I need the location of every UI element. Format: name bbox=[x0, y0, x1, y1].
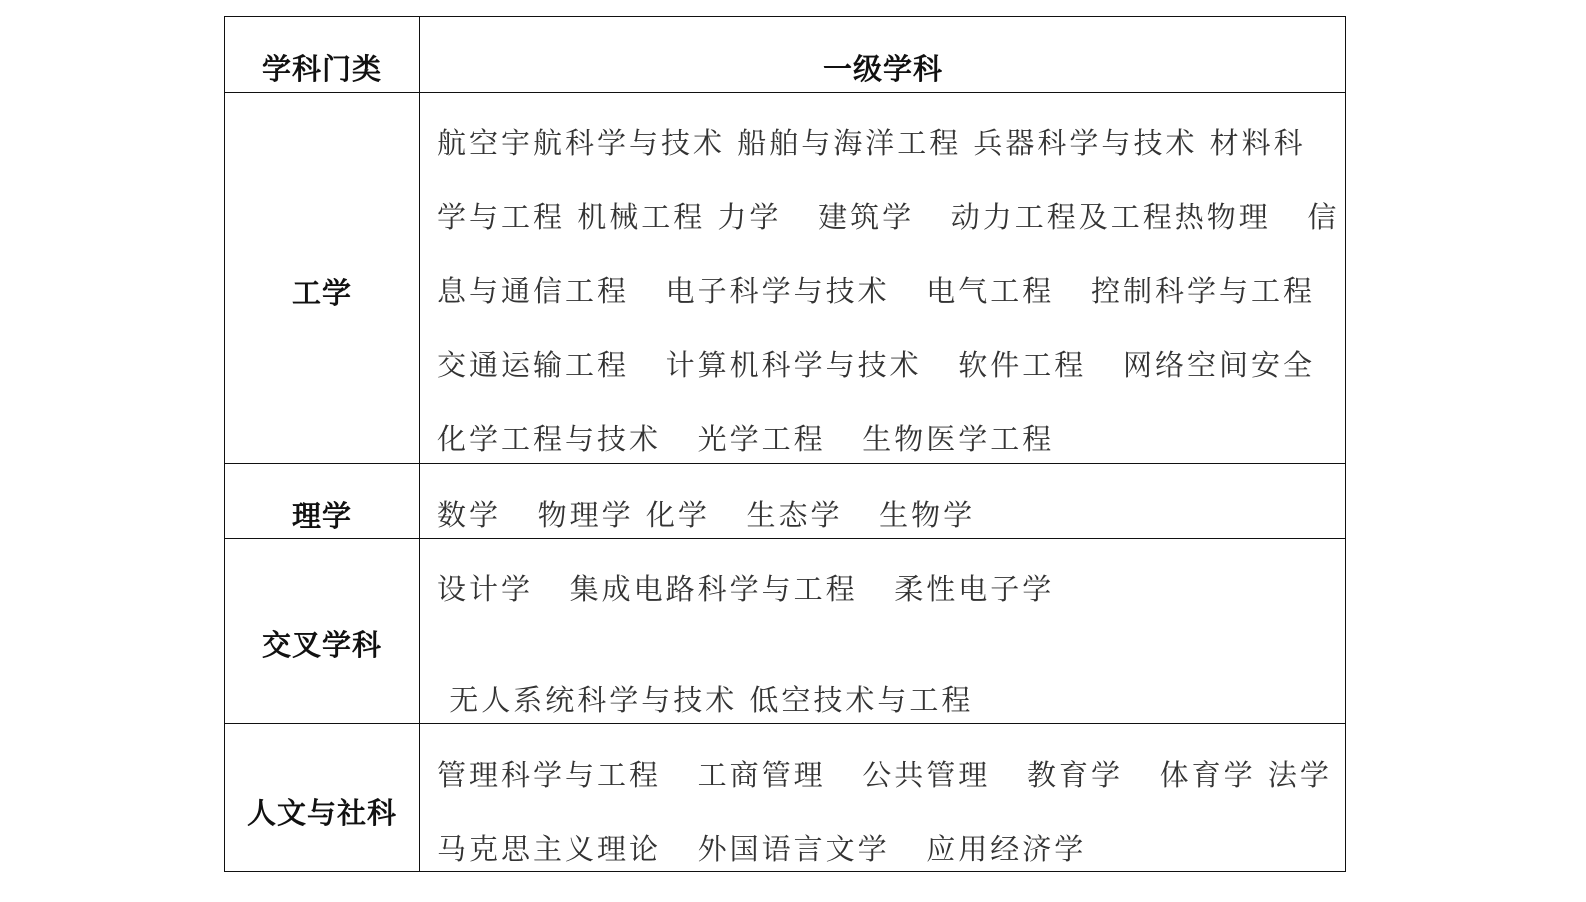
discipline-line: 无人系统科学与技术 低空技术与工程 bbox=[437, 678, 973, 719]
column-divider bbox=[419, 17, 420, 871]
discipline-line: 设计学 集成电路科学与工程 柔性电子学 bbox=[437, 567, 1054, 608]
discipline-table: 学科门类 一级学科 工学 航空宇航科学与技术 船舶与海洋工程 兵器科学与技术 材… bbox=[224, 16, 1346, 872]
category-interdisciplinary: 交叉学科 bbox=[225, 623, 419, 664]
category-engineering: 工学 bbox=[225, 271, 419, 312]
discipline-line: 航空宇航科学与技术 船舶与海洋工程 兵器科学与技术 材料科 bbox=[437, 121, 1306, 162]
category-humanities-social-sciences: 人文与社科 bbox=[225, 791, 419, 832]
discipline-line: 学与工程 机械工程 力学 建筑学 动力工程及工程热物理 信 bbox=[437, 195, 1339, 236]
discipline-line: 化学工程与技术 光学工程 生物医学工程 bbox=[437, 417, 1054, 458]
row-divider-engineering bbox=[225, 463, 1345, 464]
row-divider-interdisciplinary bbox=[225, 723, 1345, 724]
discipline-line: 管理科学与工程 工商管理 公共管理 教育学 体育学 法学 bbox=[437, 753, 1332, 794]
header-disciplines: 一级学科 bbox=[823, 47, 943, 88]
row-divider-header bbox=[225, 92, 1345, 93]
header-category: 学科门类 bbox=[225, 47, 419, 88]
category-science: 理学 bbox=[225, 494, 419, 535]
discipline-line: 马克思主义理论 外国语言文学 应用经济学 bbox=[437, 827, 1086, 868]
discipline-line: 交通运输工程 计算机科学与技术 软件工程 网络空间安全 bbox=[437, 343, 1315, 384]
discipline-line: 数学 物理学 化学 生态学 生物学 bbox=[437, 493, 975, 534]
discipline-line: 息与通信工程 电子科学与技术 电气工程 控制科学与工程 bbox=[437, 269, 1315, 310]
row-divider-science bbox=[225, 538, 1345, 539]
